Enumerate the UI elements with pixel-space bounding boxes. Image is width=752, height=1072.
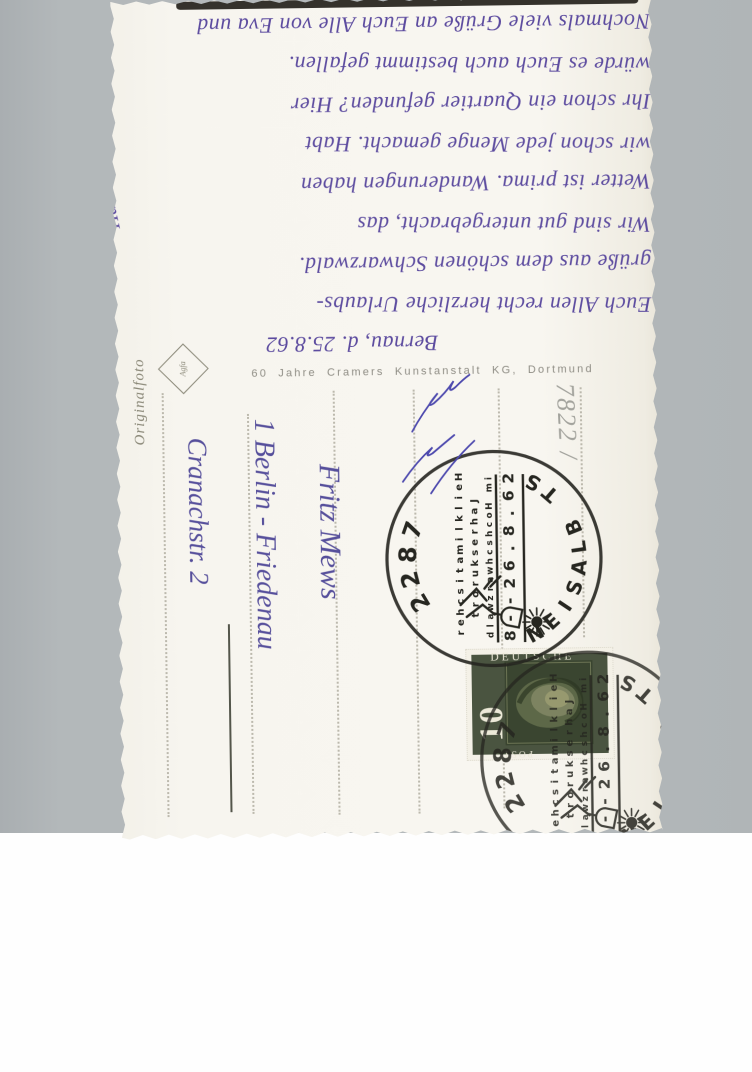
- svg-text:2: 2: [499, 789, 532, 818]
- message-line: Wetter ist prima. Wanderungen haben: [119, 161, 651, 207]
- svg-text:s: s: [550, 789, 561, 795]
- svg-text:h: h: [456, 609, 467, 616]
- svg-text:8: 8: [500, 525, 518, 536]
- scanned-postcard-photo: { "scene": { "backdrop_color": "#b2b7b9"…: [0, 0, 752, 1072]
- svg-text:2: 2: [596, 778, 614, 789]
- svg-text:H: H: [485, 502, 495, 510]
- address-street: Cranachstr. 2: [164, 407, 236, 803]
- svg-text:2: 2: [594, 673, 612, 684]
- svg-text:r: r: [564, 730, 575, 735]
- svg-text:e: e: [565, 739, 576, 746]
- svg-text:r: r: [470, 581, 481, 586]
- svg-text:s: s: [485, 540, 495, 545]
- svg-text:e: e: [551, 820, 562, 827]
- svg-text:-: -: [501, 597, 519, 604]
- svg-text:l: l: [581, 825, 591, 828]
- svg-text:w: w: [486, 566, 496, 574]
- svg-text:l: l: [486, 624, 496, 627]
- svg-text:-: -: [501, 615, 519, 622]
- white-mat: [0, 833, 752, 1072]
- svg-text:e: e: [470, 539, 481, 546]
- svg-text:h: h: [485, 558, 495, 564]
- ink-scribble: [389, 372, 501, 504]
- svg-text:i: i: [455, 579, 466, 583]
- originalfoto-script: Originalfoto: [131, 358, 149, 445]
- svg-text:s: s: [580, 741, 590, 746]
- svg-text:2: 2: [395, 568, 426, 591]
- svg-text:H: H: [580, 703, 590, 711]
- svg-text:t: t: [455, 568, 466, 573]
- svg-text:7: 7: [492, 718, 524, 743]
- svg-text:.: .: [500, 510, 518, 516]
- svg-text:o: o: [580, 713, 590, 719]
- svg-text:w: w: [580, 767, 590, 775]
- svg-text:A: A: [566, 558, 592, 576]
- svg-text:c: c: [580, 750, 590, 755]
- svg-text:8: 8: [489, 746, 518, 764]
- svg-text:L: L: [566, 539, 592, 555]
- svg-text:l: l: [549, 728, 560, 732]
- svg-text:m: m: [550, 745, 561, 756]
- svg-text:2: 2: [501, 578, 519, 589]
- message-line: Ihr schon ein Quartier gefunden? Hier: [118, 81, 650, 127]
- address-city: 1 Berlin - Friedenau: [230, 406, 302, 802]
- svg-text:r: r: [565, 782, 576, 787]
- svg-text:J: J: [564, 700, 575, 705]
- svg-text:H: H: [549, 673, 560, 682]
- svg-text:k: k: [470, 559, 481, 566]
- svg-text:c: c: [580, 723, 590, 728]
- svg-text:k: k: [549, 716, 560, 723]
- svg-text:2: 2: [404, 588, 437, 617]
- address-block: Fritz Mews 1 Berlin - Friedenau Cranachs…: [150, 405, 365, 803]
- handwritten-message: Bernau, d. 25.8.62 Euch Allen recht herz…: [118, 7, 651, 365]
- svg-text:.: .: [500, 545, 518, 551]
- message-date-line: Bernau, d. 25.8.62: [119, 323, 439, 366]
- svg-text:.: .: [595, 746, 613, 752]
- svg-text:i: i: [550, 738, 561, 742]
- svg-text:c: c: [485, 522, 495, 527]
- svg-text:2: 2: [499, 473, 517, 484]
- svg-text:i: i: [549, 697, 560, 701]
- svg-text:a: a: [564, 708, 575, 715]
- svg-text:r: r: [470, 529, 481, 534]
- svg-text:i: i: [550, 780, 561, 784]
- svg-text:o: o: [485, 512, 495, 518]
- message-line: Wir sind gut untergebracht, das: [119, 204, 651, 245]
- svg-text:m: m: [579, 684, 589, 693]
- svg-text:I: I: [553, 596, 577, 616]
- svg-text:c: c: [485, 549, 495, 554]
- svg-text:h: h: [580, 759, 590, 765]
- svg-text:k: k: [454, 515, 465, 522]
- svg-text:a: a: [469, 508, 480, 515]
- svg-text:h: h: [550, 809, 561, 816]
- svg-text:h: h: [485, 531, 495, 537]
- svg-text:-: -: [596, 798, 614, 805]
- svg-text:6: 6: [594, 691, 612, 702]
- svg-text:a: a: [550, 757, 561, 764]
- svg-text:e: e: [549, 684, 560, 691]
- svg-text:s: s: [470, 550, 481, 556]
- svg-text:h: h: [469, 518, 480, 525]
- svg-text:h: h: [580, 731, 590, 737]
- address-name: Fritz Mews: [296, 405, 366, 801]
- svg-text:s: s: [455, 588, 466, 594]
- postcard-back: Bernau, d. 25.8.62 Euch Allen recht herz…: [106, 0, 667, 846]
- svg-text:-: -: [596, 816, 614, 823]
- svg-text:l: l: [454, 506, 465, 510]
- svg-text:S: S: [616, 669, 640, 697]
- svg-text:a: a: [455, 557, 466, 564]
- svg-text:l: l: [549, 707, 560, 711]
- message-line: Euch Allen recht herzliche Urlaubs-: [119, 284, 651, 325]
- svg-text:B: B: [560, 516, 588, 539]
- svg-text:s: s: [565, 750, 576, 756]
- svg-text:2: 2: [490, 769, 521, 792]
- svg-text:t: t: [550, 769, 561, 774]
- svg-text:7: 7: [397, 518, 429, 543]
- svg-text:u: u: [470, 570, 481, 577]
- svg-text:6: 6: [595, 761, 613, 772]
- svg-text:m: m: [455, 544, 466, 555]
- svg-text:8: 8: [394, 546, 423, 564]
- svg-text:i: i: [579, 678, 589, 681]
- svg-text:8: 8: [595, 726, 613, 737]
- svg-text:e: e: [456, 619, 467, 626]
- svg-text:i: i: [455, 538, 466, 542]
- svg-text:S: S: [521, 469, 545, 497]
- svg-text:S: S: [561, 577, 588, 599]
- svg-text:k: k: [565, 760, 576, 767]
- svg-text:6: 6: [501, 560, 519, 571]
- svg-text:u: u: [565, 771, 576, 778]
- svg-text:6: 6: [500, 490, 518, 501]
- svg-text:l: l: [455, 527, 466, 531]
- svg-text:h: h: [564, 719, 575, 726]
- message-line: grüße aus dem schönen Schwarzwald.: [119, 241, 651, 287]
- message-line: würde es Euch auch bestimmt gefallen.: [118, 44, 650, 85]
- svg-text:.: .: [595, 711, 613, 717]
- message-line: wir schon jede Menge gemacht. Habt: [119, 124, 651, 165]
